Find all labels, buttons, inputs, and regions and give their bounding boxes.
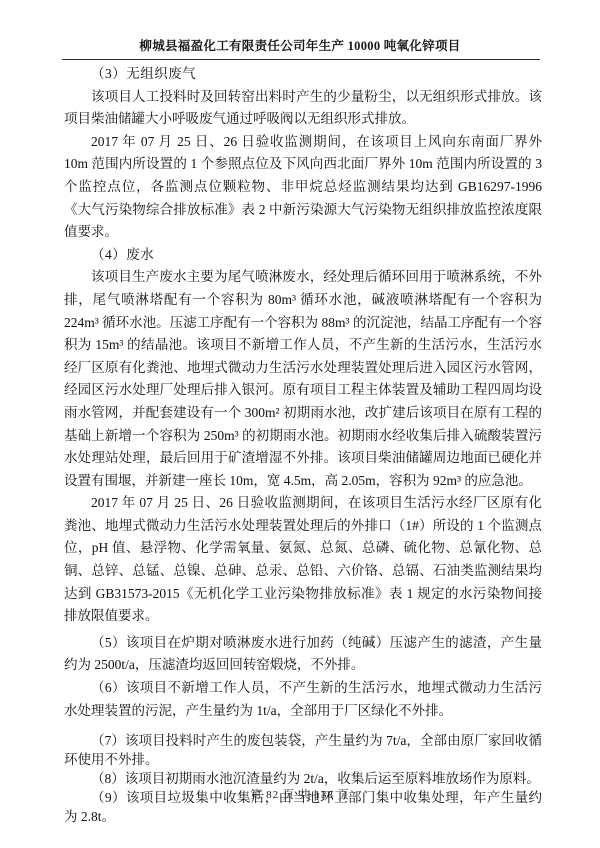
section-heading-wastewater: （4）废水 [64,244,542,267]
paragraph-item-7-packaging: （7）该项目投料时产生的废包装袋，产生量约为 7t/a，全部由原厂家回收循环使用… [64,731,542,769]
paragraph-item-5-filter-residue: （5）该项目在炉期对喷淋废水进行加药（纯碱）压滤产生的滤渣，产生量约为 2500… [64,632,542,677]
document-page: 柳城县福盈化工有限责任公司年生产 10000 吨氧化锌项目 （3）无组织废气 该… [0,0,600,848]
page-footer: 第 82 页 共 138 页 [0,786,600,802]
paragraph-item-6-sludge: （6）该项目不新增工作人员，不产生新的生活污水，地埋式微动力生活污水处理装置的污… [64,677,542,722]
section-heading-fugitive-gas: （3）无组织废气 [64,63,542,86]
page-number: 第 82 页 共 138 页 [250,789,349,801]
page-header-title: 柳城县福盈化工有限责任公司年生产 10000 吨氧化锌项目 [0,36,600,54]
paragraph-wastewater-monitoring: 2017 年 07 月 25 日、26 日验收监测期间，在该项目生活污水经厂区原… [64,492,542,628]
paragraph-fugitive-gas-desc: 该项目人工投料时及回转窑出料时产生的少量粉尘，以无组织形式排放。该项目柴油储罐大… [64,86,542,131]
paragraph-wastewater-desc: 该项目生产废水主要为尾气喷淋废水，经处理后循环回用于喷淋系统，不外排，尾气喷淋塔… [64,266,542,492]
document-body: （3）无组织废气 该项目人工投料时及回转窑出料时产生的少量粉尘，以无组织形式排放… [0,60,600,826]
paragraph-gas-monitoring: 2017 年 07 月 25 日、26 日验收监测期间，在该项目上风向东南面厂界… [64,131,542,244]
page-header: 柳城县福盈化工有限责任公司年生产 10000 吨氧化锌项目 [0,0,600,60]
